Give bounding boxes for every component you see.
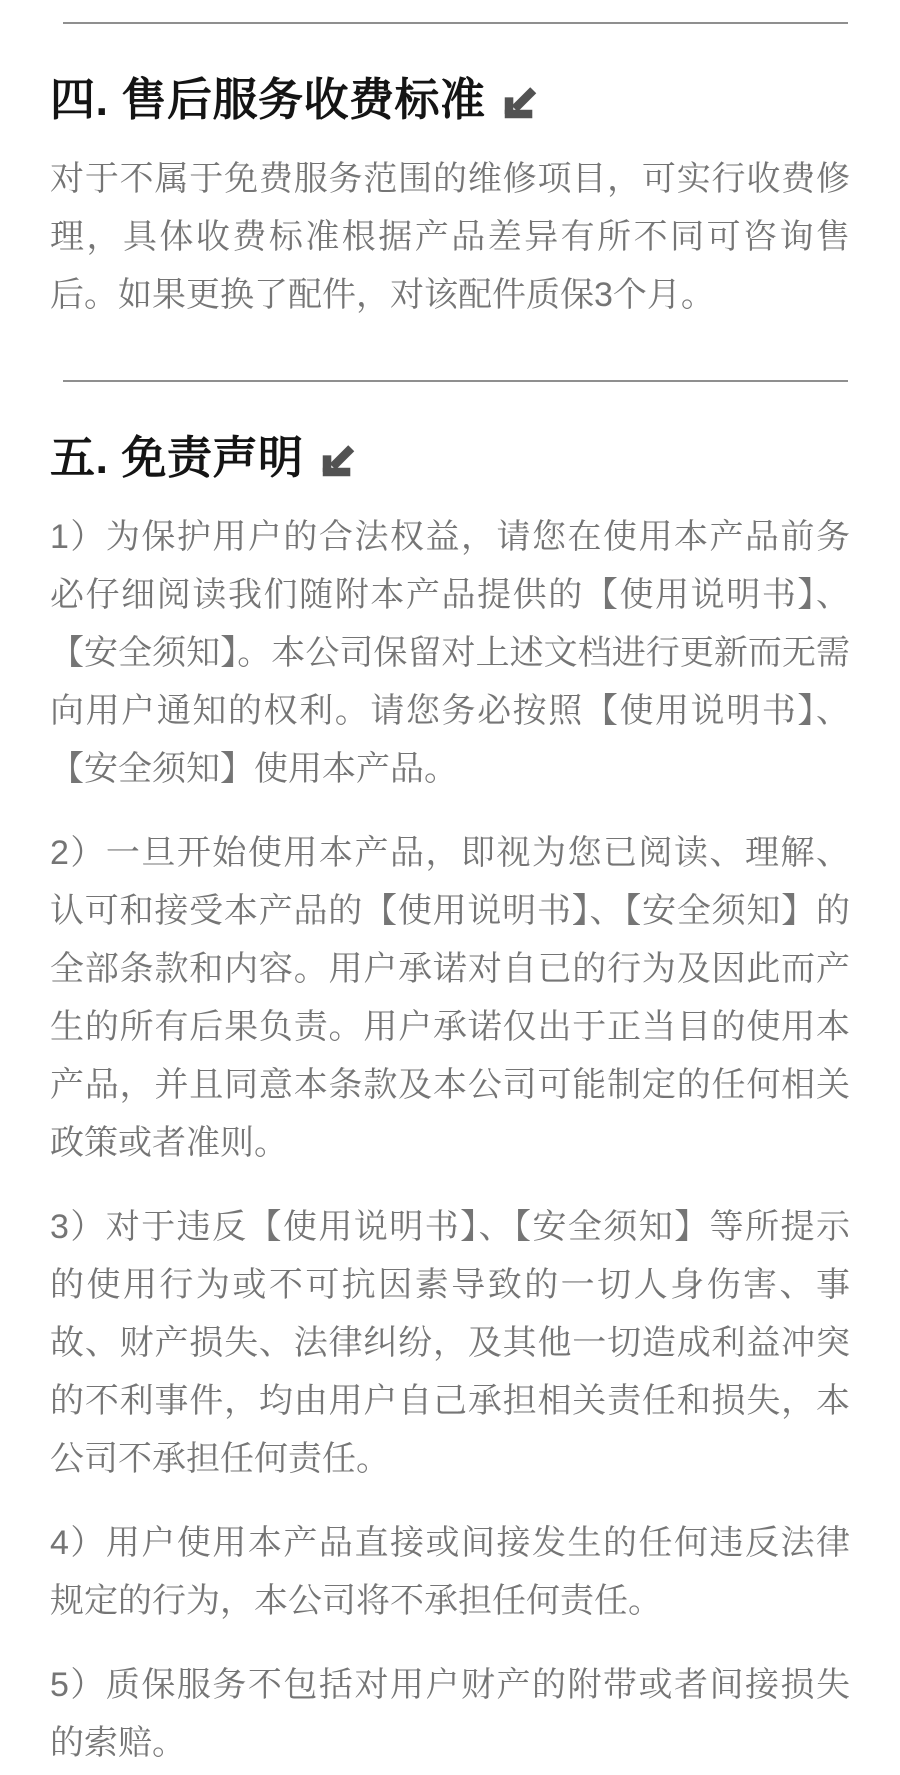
arrow-down-left-icon [318,443,356,481]
section-heading-text: 五. 免责声明 [50,434,304,482]
section-after-sales-fee-standard: 四. 售后服务收费标准 对于不属于免费服务范围的维修项目，可实行收费修理，具体收… [0,76,900,324]
section-divider [63,22,848,24]
section-heading: 五. 免责声明 [50,434,850,482]
paragraph: 3）对于违反【使用说明书】、【安全须知】等所提示的使用行为或不可抗因素导致的一切… [50,1198,850,1488]
paragraph: 对于不属于免费服务范围的维修项目，可实行收费修理，具体收费标准根据产品差异有所不… [50,150,850,324]
section-divider [63,380,848,382]
paragraph: 4）用户使用本产品直接或间接发生的任何违反法律规定的行为，本公司将不承担任何责任… [50,1514,850,1630]
section-heading: 四. 售后服务收费标准 [50,76,850,124]
section-heading-text: 四. 售后服务收费标准 [50,76,486,124]
paragraph: 1）为保护用户的合法权益，请您在使用本产品前务必仔细阅读我们随附本产品提供的【使… [50,508,850,798]
arrow-down-left-icon [500,85,538,123]
page: 四. 售后服务收费标准 对于不属于免费服务范围的维修项目，可实行收费修理，具体收… [0,0,900,1775]
paragraph: 5）质保服务不包括对用户财产的附带或者间接损失的索赔。 [50,1656,850,1772]
paragraph: 2）一旦开始使用本产品，即视为您已阅读、理解、认可和接受本产品的【使用说明书】、… [50,824,850,1172]
section-disclaimer: 五. 免责声明 1）为保护用户的合法权益，请您在使用本产品前务必仔细阅读我们随附… [0,434,900,1772]
